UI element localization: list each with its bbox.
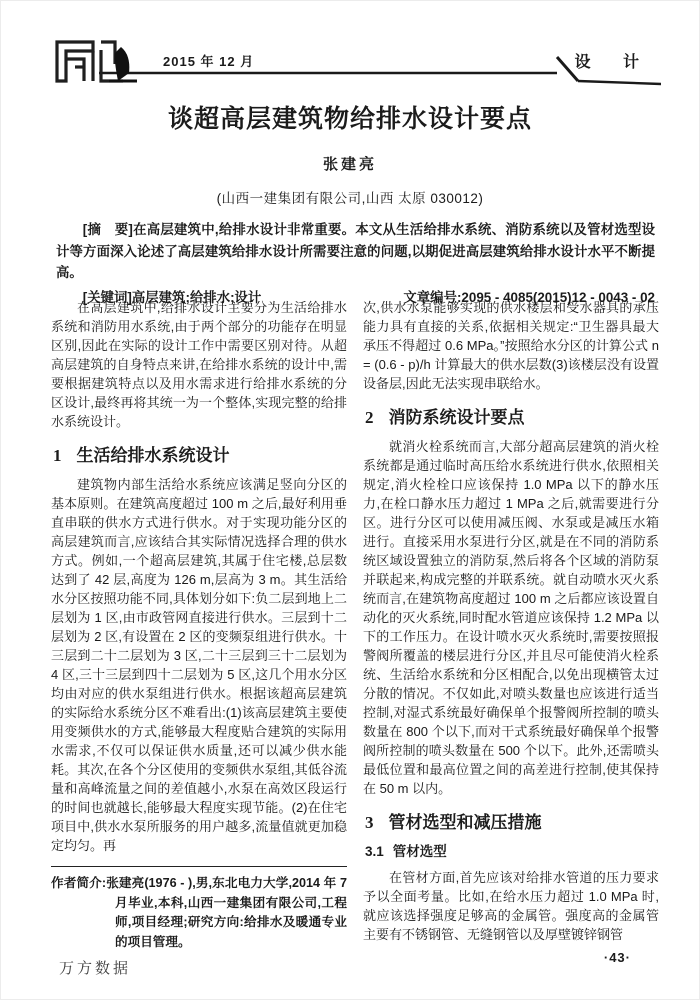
abstract-block: [摘 要]在高层建筑中,给排水设计非常重要。本文从生活给排水系统、消防系统以及管…	[56, 219, 655, 308]
abstract-text: 在高层建筑中,给排水设计非常重要。本文从生活给排水系统、消防系统以及管材选型设计…	[56, 222, 655, 280]
journal-date: 2015 年 12 月	[163, 51, 254, 70]
section-1-paragraph: 建筑物内部生活给水系统应该满足竖向分区的基本原则。在建筑高度超过 100 m 之…	[51, 475, 347, 855]
author-affiliation: (山西一建集团有限公司,山西 太原 030012)	[1, 187, 699, 207]
section-3-number: 3	[365, 813, 374, 832]
section-2-title: 消防系统设计要点	[389, 408, 525, 427]
page-number: ·43·	[363, 948, 659, 967]
section-1-continuation: 次,供水水泵能够实现的供水楼层和受水器具的承压能力具有直接的关系,依据相关规定:…	[363, 298, 659, 393]
section-1-title: 生活给排水系统设计	[77, 446, 230, 465]
section-3-1-paragraph: 在管材方面,首先应该对给排水管道的压力要求予以全面考量。比如,在给水压力超过 1…	[363, 868, 659, 944]
abstract-paragraph: [摘 要]在高层建筑中,给排水设计非常重要。本文从生活给排水系统、消防系统以及管…	[56, 219, 655, 284]
left-column: 在高层建筑中,给排水设计主要分为生活给排水系统和消防用水系统,由于两个部分的功能…	[51, 298, 347, 967]
section-2-number: 2	[365, 408, 374, 427]
author-bio-paragraph: 作者简介:张建亮(1976 - ),男,东北电力大学,2014 年 7 月毕业,…	[51, 874, 347, 952]
page-header: 2015 年 12 月 设 计	[51, 37, 659, 89]
author-bio-text: 张建亮(1976 - ),男,东北电力大学,2014 年 7 月毕业,本科,山西…	[106, 876, 347, 949]
author-bio-label: 作者简介:	[51, 876, 106, 890]
wanfang-watermark: 万方数据	[59, 957, 131, 978]
section-1-heading: 1 生活给排水系统设计	[53, 446, 347, 465]
section-1-number: 1	[53, 446, 62, 465]
section-3-1-number: 3.1	[365, 842, 384, 861]
author-bio: 作者简介:张建亮(1976 - ),男,东北电力大学,2014 年 7 月毕业,…	[51, 866, 347, 952]
section-2-heading: 2 消防系统设计要点	[365, 408, 659, 427]
section-tab-label: 设 计	[575, 49, 653, 72]
article-body: 在高层建筑中,给排水设计主要分为生活给排水系统和消防用水系统,由于两个部分的功能…	[51, 298, 659, 967]
right-column: 次,供水水泵能够实现的供水楼层和受水器具的承压能力具有直接的关系,依据相关规定:…	[363, 298, 659, 967]
article-title: 谈超高层建筑物给排水设计要点	[1, 99, 699, 135]
intro-paragraph: 在高层建筑中,给排水设计主要分为生活给排水系统和消防用水系统,由于两个部分的功能…	[51, 298, 347, 431]
section-3-heading: 3 管材选型和减压措施	[365, 813, 659, 832]
abstract-label: [摘 要]	[83, 222, 133, 237]
author-name: 张建亮	[1, 153, 699, 174]
section-3-1-title: 管材选型	[393, 842, 447, 861]
title-block: 谈超高层建筑物给排水设计要点 张建亮 (山西一建集团有限公司,山西 太原 030…	[1, 99, 699, 207]
section-2-paragraph: 就消火栓系统而言,大部分超高层建筑的消火栓系统都是通过临时高压给水系统进行供水,…	[363, 437, 659, 798]
section-3-1-heading: 3.1 管材选型	[365, 842, 659, 861]
section-3-title: 管材选型和减压措施	[389, 813, 542, 832]
journal-logo-icon	[51, 37, 145, 87]
journal-page: 2015 年 12 月 设 计 谈超高层建筑物给排水设计要点 张建亮 (山西一建…	[0, 0, 700, 1000]
